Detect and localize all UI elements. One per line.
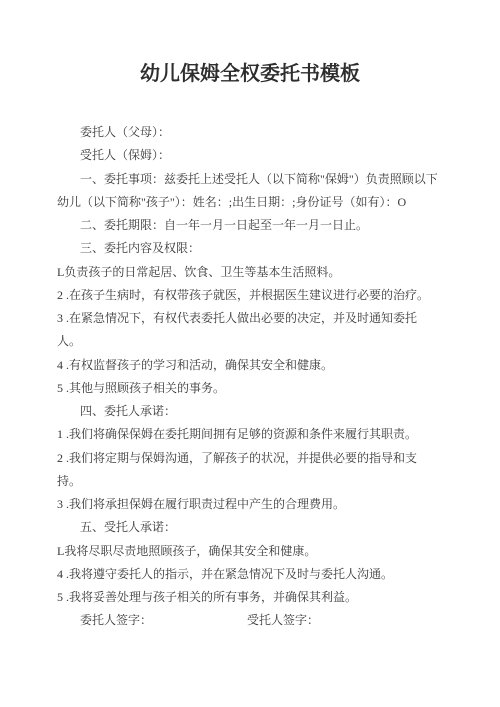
- doc-line-trustee-promise-4: 4 .我将遵守委托人的指示，并在紧急情况下及时与委托人沟通。: [57, 563, 457, 586]
- trustee-signature-label: 受托人签字：: [247, 609, 319, 632]
- doc-line-promise-2: 2 .我们将定期与保姆沟通，了解孩子的状况，并提供必要的指导和支: [57, 447, 457, 470]
- doc-line-promise-2-cont: 持。: [57, 470, 457, 493]
- doc-line-item-2: 2 .在孩子生病时，有权带孩子就医，并根据医生建议进行必要的治疗。: [57, 284, 457, 307]
- doc-line-trustee-promise-5: 5 .我将妥善处理与孩子相关的所有事务，并确保其利益。: [57, 586, 457, 609]
- doc-line-item-5: 5 .其他与照顾孩子相关的事务。: [57, 377, 457, 400]
- doc-line-item-4: 4 .有权监督孩子的学习和活动，确保其安全和健康。: [57, 354, 457, 377]
- document-body: 委托人（父母）： 受托人（保姆）： 一、委托事项：兹委托上述受托人（以下简称"保…: [57, 121, 457, 633]
- doc-line-item-1: L负责孩子的日常起居、饮食、卫生等基本生活照料。: [57, 261, 457, 284]
- doc-line-trustee: 受托人（保姆）：: [57, 144, 457, 167]
- doc-line-section-1-cont: 幼儿（以下简称"孩子"）：姓名：;出生日期：;身份证号（如有）：O: [57, 191, 457, 214]
- doc-line-promise-3: 3 .我们将承担保姆在履行职责过程中产生的合理费用。: [57, 493, 457, 516]
- doc-line-section-5: 五、受托人承诺：: [57, 516, 457, 539]
- doc-line-trustee-promise-1: L我将尽职尽责地照顾孩子，确保其安全和健康。: [57, 540, 457, 563]
- doc-line-promise-1: 1 .我们将确保保姆在委托期间拥有足够的资源和条件来履行其职责。: [57, 423, 457, 446]
- principal-signature-label: 委托人签字：: [80, 613, 152, 627]
- doc-line-principal: 委托人（父母）：: [57, 121, 457, 144]
- doc-line-section-3: 三、委托内容及权限：: [57, 237, 457, 260]
- document-page: 幼儿保姆全权委托书模板 委托人（父母）： 受托人（保姆）： 一、委托事项：兹委托…: [0, 0, 500, 707]
- doc-line-section-4: 四、委托人承诺：: [57, 400, 457, 423]
- doc-line-section-2: 二、委托期限：自一年一月一日起至一年一月一日止。: [57, 214, 457, 237]
- signature-row: 委托人签字： 受托人签字：: [57, 609, 457, 632]
- doc-line-item-3-cont: 人。: [57, 330, 457, 353]
- document-title: 幼儿保姆全权委托书模板: [0, 61, 500, 88]
- doc-line-section-1: 一、委托事项：兹委托上述受托人（以下简称"保姆"）负责照顾以下: [57, 168, 457, 191]
- doc-line-item-3: 3 .在紧急情况下，有权代表委托人做出必要的决定，并及时通知委托: [57, 307, 457, 330]
